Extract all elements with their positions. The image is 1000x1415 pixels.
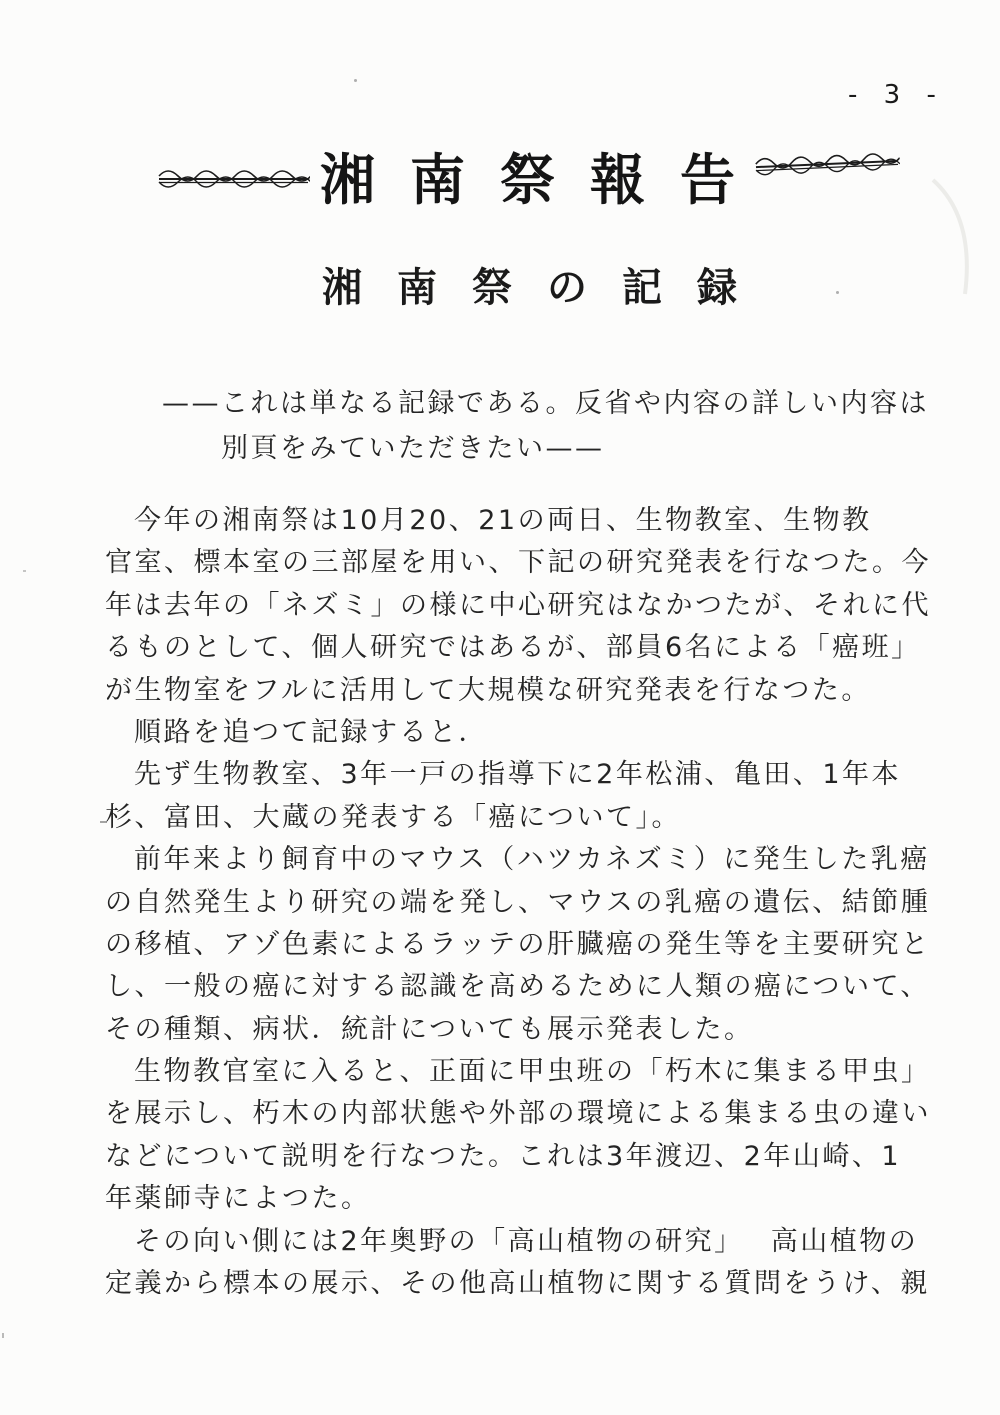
scan-speck bbox=[354, 79, 357, 82]
scan-speck bbox=[100, 821, 107, 823]
body-text: 今年の湘南祭は10月20、21の両日、生物教室、生物教 官室、標本室の三部屋を用… bbox=[105, 500, 955, 1305]
wavy-rule-right-icon bbox=[753, 143, 901, 189]
body-line: し、一般の癌に対する認識を高めるために人類の癌について、 bbox=[105, 966, 955, 1008]
body-line: その向い側には2年奥野の「高山植物の研究」 高山植物の bbox=[105, 1221, 955, 1263]
body-line: 年は去年の「ネズミ」の様に中心研究はなかつたが、それに代 bbox=[105, 585, 955, 627]
body-line: 定義から標本の展示、その他高山植物に関する質問をうけ、親 bbox=[105, 1263, 955, 1305]
intro-line-2: 別頁をみていただきたい—— bbox=[221, 426, 605, 465]
wavy-rule-left-icon bbox=[157, 162, 310, 200]
body-line: 前年来より飼育中のマウス（ハツカネズミ）に発生した乳癌 bbox=[105, 839, 955, 881]
body-line: 年薬師寺によつた。 bbox=[105, 1178, 955, 1220]
body-line: 杉、富田、大蔵の発表する「癌について」。 bbox=[105, 797, 955, 839]
body-line: 順路を追つて記録すると． bbox=[105, 712, 955, 754]
scan-speck bbox=[23, 570, 26, 572]
scan-speck bbox=[2, 1333, 4, 1338]
body-line: の移植、アゾ色素によるラッテの肝臓癌の発生等を主要研究と bbox=[105, 924, 955, 966]
body-line: を展示し、朽木の内部状態や外部の環境による集まる虫の違い bbox=[105, 1093, 955, 1135]
intro-line-1: ——これは単なる記録である。反省や内容の詳しい内容は bbox=[162, 381, 929, 420]
document-page: - 3 - 湘南祭報告 湘南祭の記録 ——これは単なる記録である。反省や内容の詳… bbox=[0, 0, 1000, 1415]
scan-speck bbox=[836, 291, 839, 294]
body-line: の自然発生より研究の端を発し、マウスの乳癌の遺伝、結節腫 bbox=[105, 882, 955, 924]
body-line: 官室、標本室の三部屋を用い、下記の研究発表を行なつた。今 bbox=[105, 542, 955, 584]
body-line: その種類、病状．統計についても展示発表した。 bbox=[105, 1009, 955, 1051]
page-title: 湘南祭報告 bbox=[320, 136, 770, 215]
body-line: るものとして、個人研究ではあるが、部員6名による「癌班」 bbox=[105, 627, 955, 669]
body-line: などについて説明を行なつた。これは3年渡辺、2年山崎、1 bbox=[105, 1136, 955, 1178]
scan-artifact-arc bbox=[925, 172, 985, 306]
body-line: 先ず生物教室、3年一戸の指導下に2年松浦、亀田、1年本 bbox=[105, 754, 955, 796]
page-number: - 3 - bbox=[848, 80, 945, 110]
body-line: 生物教官室に入ると、正面に甲虫班の「朽木に集まる甲虫」 bbox=[105, 1051, 955, 1093]
body-line: が生物室をフルに活用して大規模な研究発表を行なつた。 bbox=[105, 670, 955, 712]
body-line: 今年の湘南祭は10月20、21の両日、生物教室、生物教 bbox=[105, 500, 955, 542]
page-subtitle: 湘南祭の記録 bbox=[322, 256, 772, 313]
